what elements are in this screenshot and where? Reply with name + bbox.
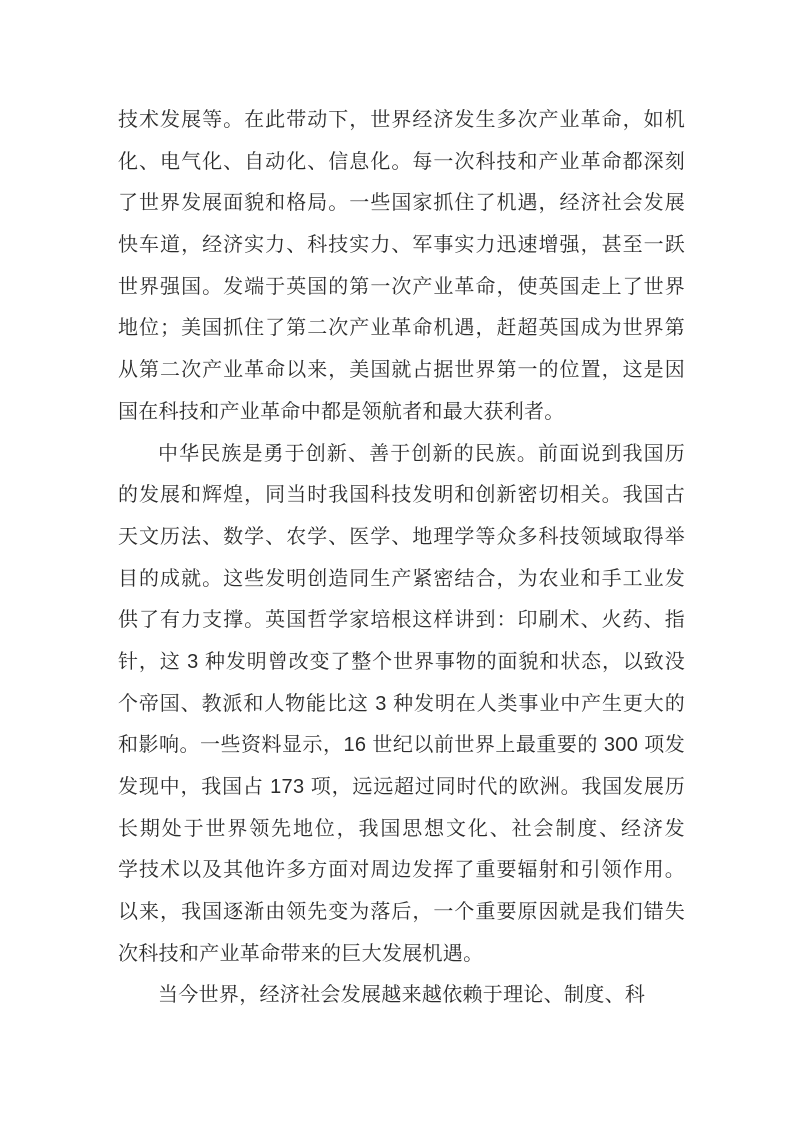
text-line paragraph-end: 国在科技和产业革命中都是领航者和最大获利者。 — [118, 392, 685, 434]
text-line: 学技术以及其他许多方面对周边发挥了重要辐射和引领作用。近代 — [118, 850, 685, 892]
text-line: 以来，我国逐渐由领先变为落后，一个重要原因就是我们错失了多 — [118, 892, 685, 934]
text-line paragraph-end: 次科技和产业革命带来的巨大发展机遇。 — [118, 934, 685, 976]
text-line: 供了有力支撑。英国哲学家培根这样讲到：印刷术、火药、指南 — [118, 600, 685, 642]
text-line: 世界强国。发端于英国的第一次产业革命，使英国走上了世界霸主 — [118, 267, 685, 309]
text-line: 的发展和辉煌，同当时我国科技发明和创新密切相关。我国古代在 — [118, 475, 685, 517]
text-line: 快车道，经济实力、科技实力、军事实力迅速增强，甚至一跃成为 — [118, 225, 685, 267]
text-line: 地位；美国抓住了第二次产业革命机遇，赶超英国成为世界第一。 — [118, 308, 685, 350]
text-line: 化、电气化、自动化、信息化。每一次科技和产业革命都深刻改变 — [118, 142, 685, 184]
text-line: 和影响。一些资料显示，16 世纪以前世界上最重要的 300 项发明和 — [118, 725, 685, 767]
text-line paragraph-start: 当今世界，经济社会发展越来越依赖于理论、制度、科技、文 — [118, 975, 685, 1017]
document-text-block: 技术发展等。在此带动下，世界经济发生多次产业革命，如机械 化、电气化、自动化、信… — [118, 100, 685, 1017]
text-line: 目的成就。这些发明创造同生产紧密结合，为农业和手工业发展提 — [118, 559, 685, 601]
text-line: 针，这 3 种发明曾改变了整个世界事物的面貌和状态，以致没有一 — [118, 642, 685, 684]
text-line: 个帝国、教派和人物能比这 3 种发明在人类事业中产生更大的力量 — [118, 684, 685, 726]
text-line: 了世界发展面貌和格局。一些国家抓住了机遇，经济社会发展驶入 — [118, 183, 685, 225]
text-line: 技术发展等。在此带动下，世界经济发生多次产业革命，如机械 — [118, 100, 685, 142]
text-line: 天文历法、数学、农学、医学、地理学等众多科技领域取得举世瞩 — [118, 517, 685, 559]
text-line paragraph-start: 中华民族是勇于创新、善于创新的民族。前面说到我国历史上 — [118, 434, 685, 476]
text-line: 长期处于世界领先地位，我国思想文化、社会制度、经济发展、科 — [118, 809, 685, 851]
text-line: 发现中，我国占 173 项，远远超过同时代的欧洲。我国发展历史上 — [118, 767, 685, 809]
document-page: 技术发展等。在此带动下，世界经济发生多次产业革命，如机械 化、电气化、自动化、信… — [0, 0, 800, 1130]
text-line: 从第二次产业革命以来，美国就占据世界第一的位置，这是因为美 — [118, 350, 685, 392]
